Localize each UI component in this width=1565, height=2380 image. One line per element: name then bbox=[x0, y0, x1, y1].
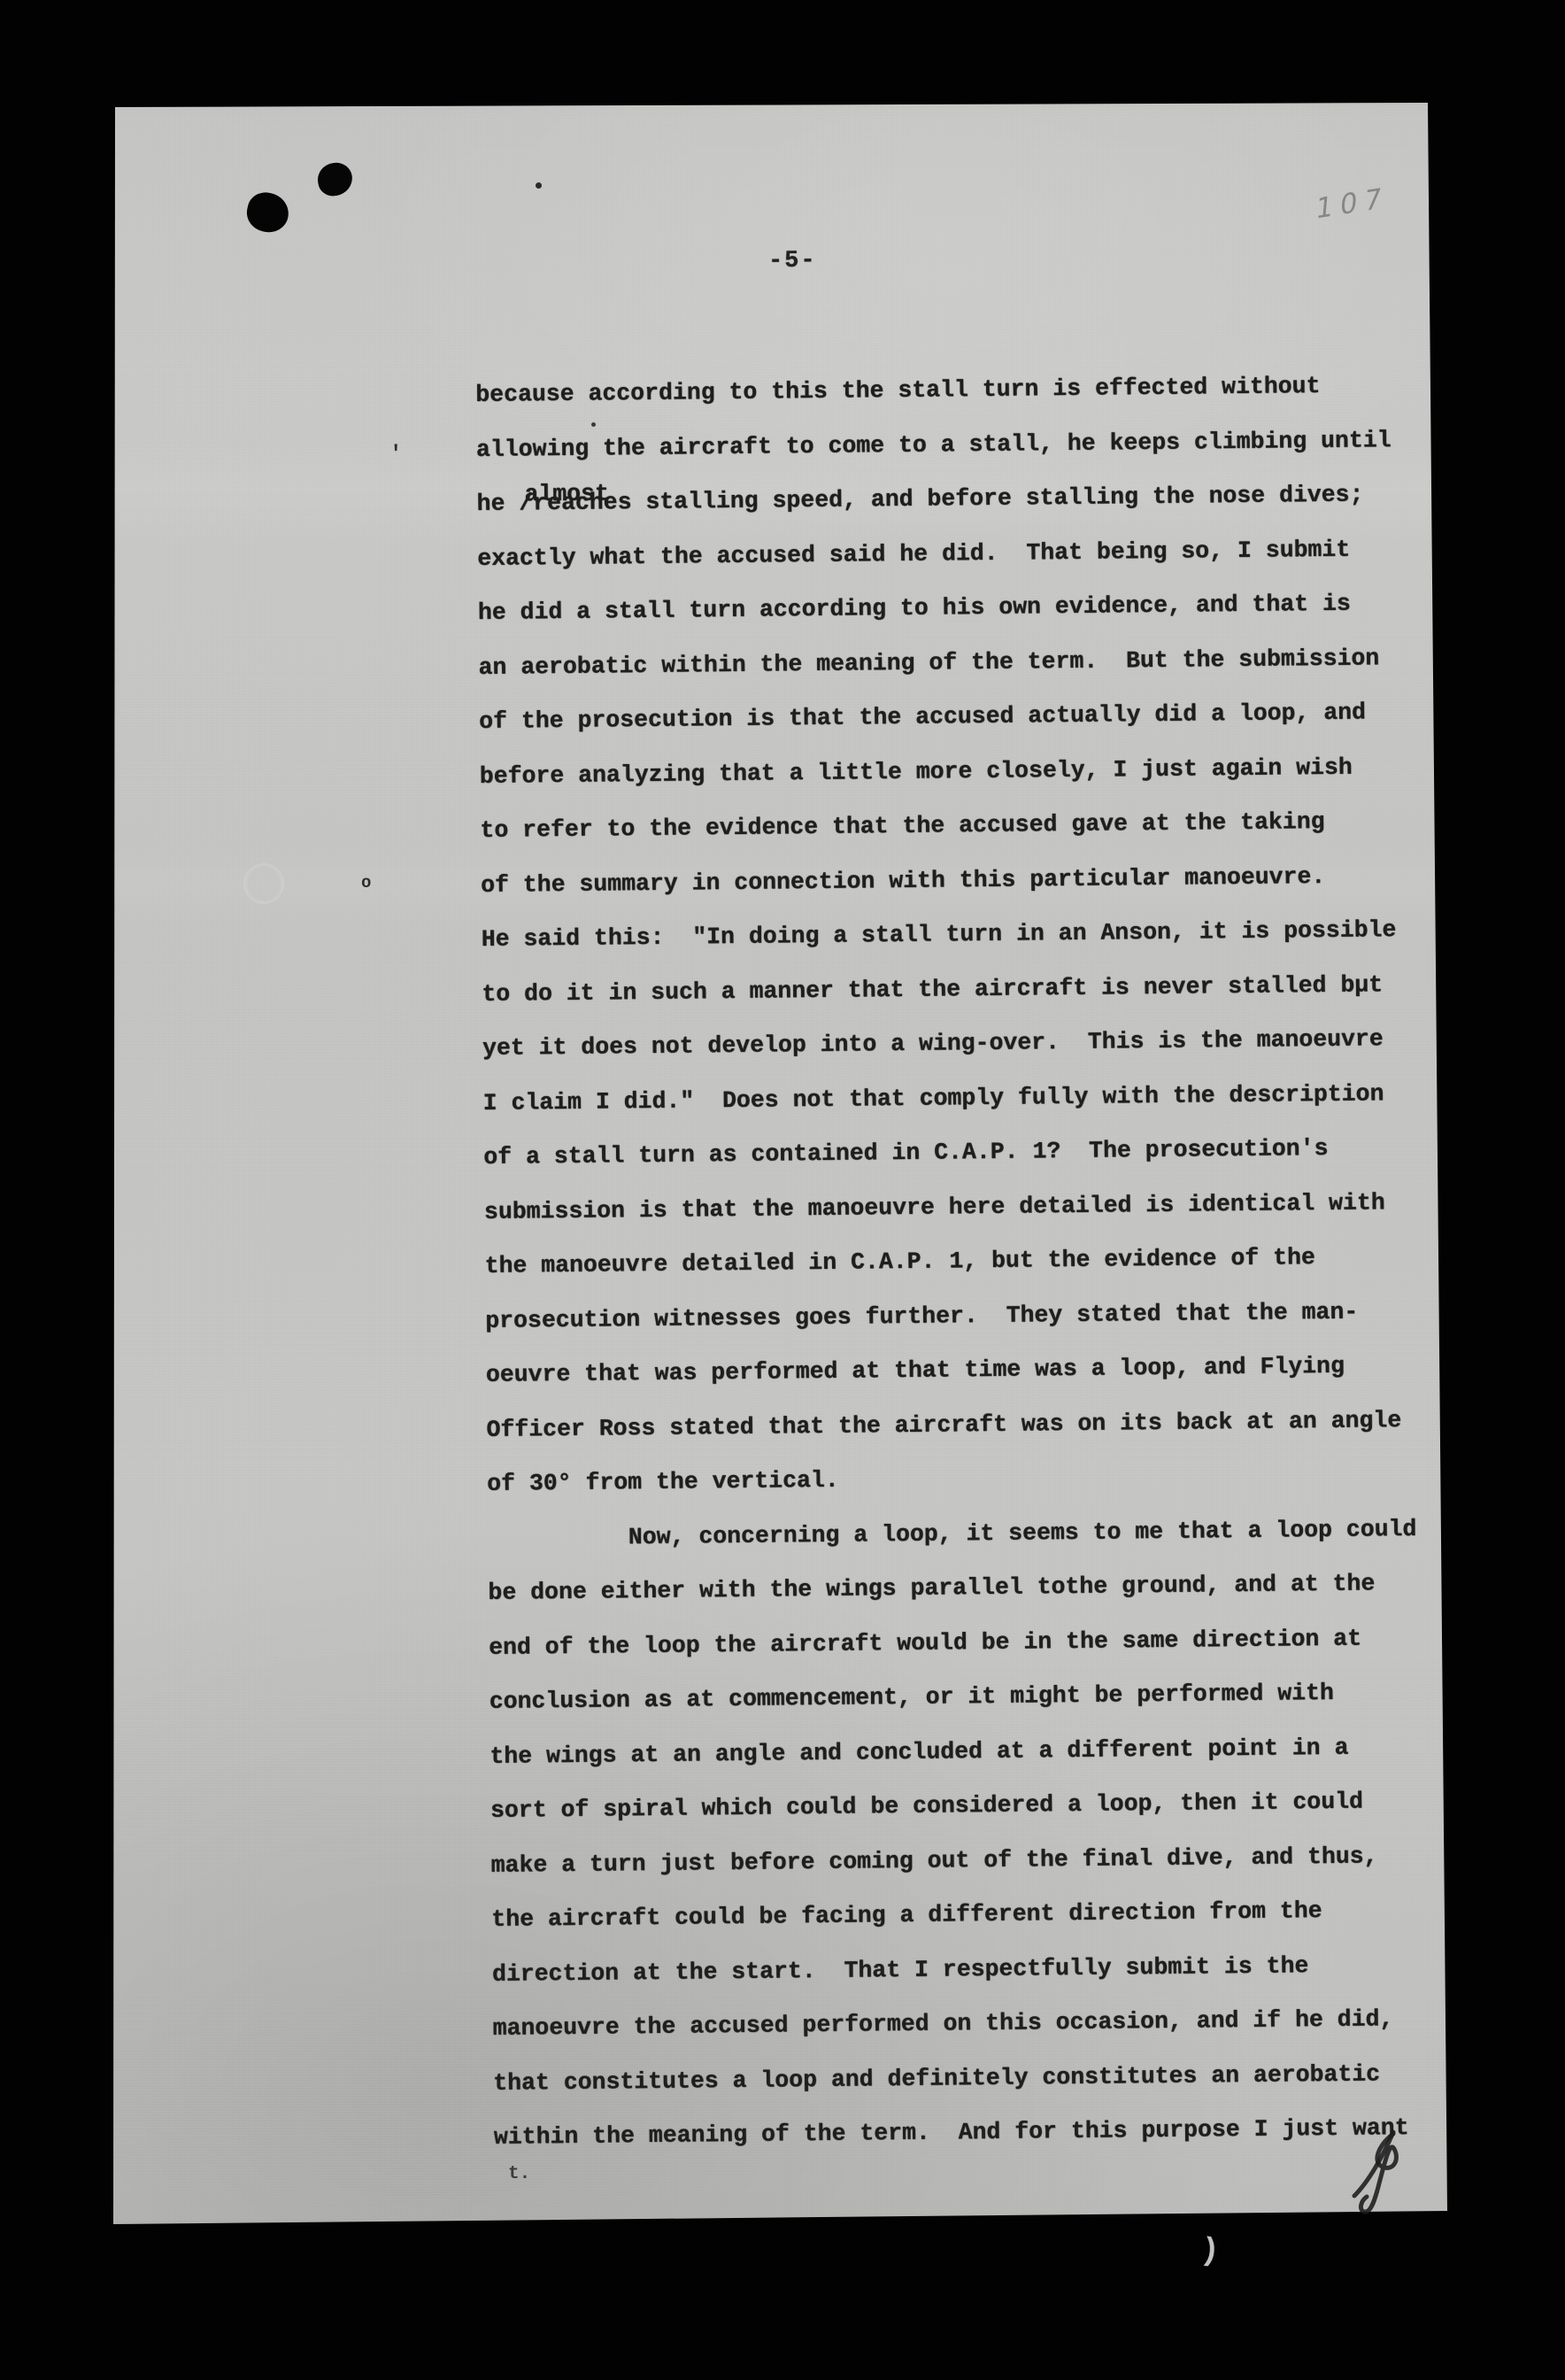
typed-line: prosecution witnesses goes further. They… bbox=[485, 1284, 1469, 1348]
typed-line: of a stall turn as contained in C.A.P. 1… bbox=[483, 1120, 1467, 1185]
typed-line: the wings at an angle and concluded at a… bbox=[490, 1719, 1473, 1784]
handwritten-scribble bbox=[1344, 2125, 1425, 2221]
typed-line: he did a stall turn according to his own… bbox=[478, 576, 1461, 640]
typed-line: the aircraft could be facing a different… bbox=[491, 1882, 1475, 1947]
typed-line: that constitutes a loop and definitely c… bbox=[493, 2046, 1476, 2111]
typed-line: end of the loop the aircraft would be in… bbox=[489, 1611, 1472, 1675]
typed-line: allowing the aircraft to come to a stall… bbox=[476, 413, 1460, 477]
page-number: -5- bbox=[768, 248, 817, 275]
margin-o-mark: o bbox=[361, 873, 371, 892]
typed-line: conclusion as at commencement, or it mig… bbox=[489, 1665, 1472, 1729]
film-edge-bracket-mark: ) bbox=[1199, 2232, 1222, 2270]
ink-speck bbox=[536, 182, 542, 189]
typed-line: to refer to the evidence that the accuse… bbox=[480, 793, 1463, 858]
typed-line: Now, concerning a loop, it seems to me t… bbox=[488, 1502, 1471, 1566]
typed-line: yet it does not develop into a wing-over… bbox=[482, 1011, 1466, 1076]
typed-line: He said this: "In doing a stall turn in … bbox=[481, 902, 1464, 967]
typed-line: the manoeuvre detailed in C.A.P. 1, but … bbox=[484, 1229, 1468, 1294]
typed-line: of 30° from the vertical. bbox=[487, 1447, 1470, 1511]
margin-apostrophe-mark: ' bbox=[389, 443, 402, 467]
bottom-left-t-mark: t. bbox=[508, 2164, 530, 2184]
typed-line: an aerobatic within the meaning of the t… bbox=[478, 630, 1461, 695]
typed-line: Officer Ross stated that the aircraft wa… bbox=[486, 1393, 1469, 1457]
typed-line: sort of spiral which could be considered… bbox=[490, 1773, 1474, 1838]
typed-line: before analyzing that a little more clos… bbox=[480, 739, 1463, 804]
typed-line: exactly what the accused said he did. Th… bbox=[477, 522, 1461, 586]
typed-line: I claim I did." Does not that comply ful… bbox=[482, 1066, 1466, 1131]
embossed-ring-artifact bbox=[243, 863, 284, 904]
typed-line: be done either with the wings parallel t… bbox=[488, 1556, 1471, 1620]
typed-text-block: because according to this the stall turn… bbox=[475, 358, 1476, 2165]
typed-line: direction at the start. That I respectfu… bbox=[492, 1937, 1476, 2002]
typed-line: within the meaning of the term. And for … bbox=[494, 2100, 1477, 2165]
typed-line: manoeuvre the accused performed on this … bbox=[492, 1991, 1476, 2056]
typed-line: make a turn just before coming out of th… bbox=[490, 1828, 1474, 1893]
typed-line: of the prosecution is that the accused a… bbox=[479, 684, 1462, 749]
typed-insertion-word: almost bbox=[524, 467, 609, 522]
scanned-document-photo: 107 -5- because according to this the st… bbox=[0, 0, 1565, 2380]
typed-line: because according to this the stall turn… bbox=[475, 358, 1459, 422]
typed-line: to do it in such a manner that the aircr… bbox=[482, 957, 1465, 1022]
typed-line: he /reaches stalling speed, and before s… bbox=[476, 467, 1460, 531]
typed-line: of the summary in connection with this p… bbox=[481, 848, 1464, 913]
typed-line: oeuvre that was performed at that time w… bbox=[486, 1338, 1469, 1402]
typed-line: submission is that the manoeuvre here de… bbox=[484, 1175, 1468, 1240]
